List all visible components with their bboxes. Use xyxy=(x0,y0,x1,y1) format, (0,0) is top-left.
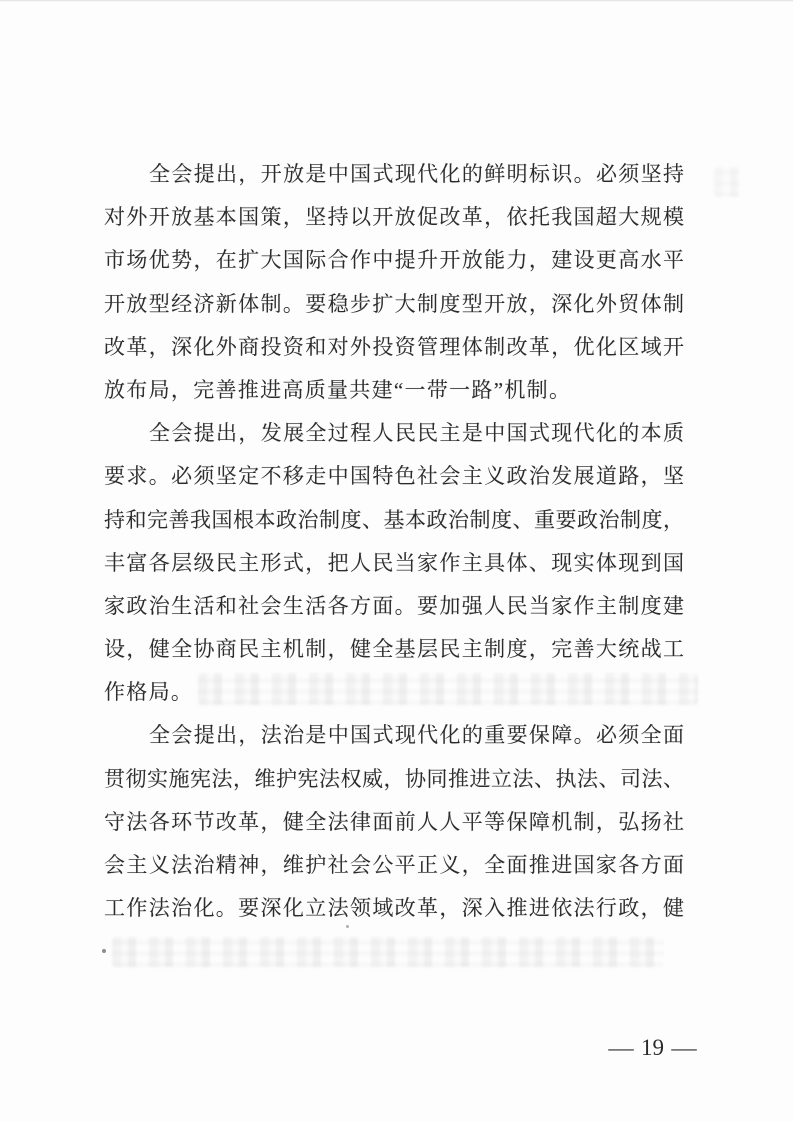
scan-speck xyxy=(102,949,106,953)
paragraph-democracy: 全会提出，发展全过程人民民主是中国式现代化的本质 要求。必须坚定不移走中国特色社… xyxy=(104,412,684,714)
text-line: 守法各环节改革，健全法律面前人人平等保障机制，弘扬社 xyxy=(104,801,684,844)
ink-bleed-artifact xyxy=(112,937,664,967)
scan-speck xyxy=(346,925,349,928)
text-line: 会主义法治精神，维护社会公平正义，全面推进国家各方面 xyxy=(104,844,684,887)
paragraph-rule-of-law: 全会提出，法治是中国式现代化的重要保障。必须全面 贯彻实施宪法，维护宪法权威，协… xyxy=(104,714,684,930)
footer-dash-left: — xyxy=(608,1035,633,1061)
text-line: 持和完善我国根本政治制度、基本政治制度、重要政治制度， xyxy=(104,499,684,542)
ink-bleed-artifact xyxy=(714,167,740,197)
scanned-document-page: 全会提出，开放是中国式现代化的鲜明标识。必须坚持 对外开放基本国策，坚持以开放促… xyxy=(0,0,793,1122)
page-number-footer: — 19 — xyxy=(610,1035,695,1061)
page-number: 19 xyxy=(641,1035,664,1061)
text-line: 市场优势，在扩大国际合作中提升开放能力，建设更高水平 xyxy=(104,239,684,282)
ink-bleed-artifact xyxy=(198,673,698,705)
paragraph-opening-up: 全会提出，开放是中国式现代化的鲜明标识。必须坚持 对外开放基本国策，坚持以开放促… xyxy=(104,153,684,412)
text-line: 要求。必须坚定不移走中国特色社会主义政治发展道路，坚 xyxy=(104,455,684,498)
text-line: 设，健全协商民主机制，健全基层民主制度，完善大统战工 xyxy=(104,628,684,671)
footer-dash-right: — xyxy=(671,1035,696,1061)
text-line: 贯彻实施宪法，维护宪法权威，协同推进立法、执法、司法、 xyxy=(104,758,684,801)
body-text: 全会提出，开放是中国式现代化的鲜明标识。必须坚持 对外开放基本国策，坚持以开放促… xyxy=(104,153,684,930)
text-line: 开放型经济新体制。要稳步扩大制度型开放，深化外贸体制 xyxy=(104,283,684,326)
text-line: 全会提出，法治是中国式现代化的重要保障。必须全面 xyxy=(104,714,684,757)
text-line: 改革，深化外商投资和对外投资管理体制改革，优化区域开 xyxy=(104,326,684,369)
text-line: 全会提出，发展全过程人民民主是中国式现代化的本质 xyxy=(104,412,684,455)
text-line: 放布局，完善推进高质量共建“一带一路”机制。 xyxy=(104,369,684,412)
text-line: 丰富各层级民主形式，把人民当家作主具体、现实体现到国 xyxy=(104,542,684,585)
text-line: 工作法治化。要深化立法领域改革，深入推进依法行政，健 xyxy=(104,887,684,930)
text-line: 对外开放基本国策，坚持以开放促改革，依托我国超大规模 xyxy=(104,196,684,239)
text-line: 全会提出，开放是中国式现代化的鲜明标识。必须坚持 xyxy=(104,153,684,196)
text-line: 家政治生活和社会生活各方面。要加强人民当家作主制度建 xyxy=(104,585,684,628)
